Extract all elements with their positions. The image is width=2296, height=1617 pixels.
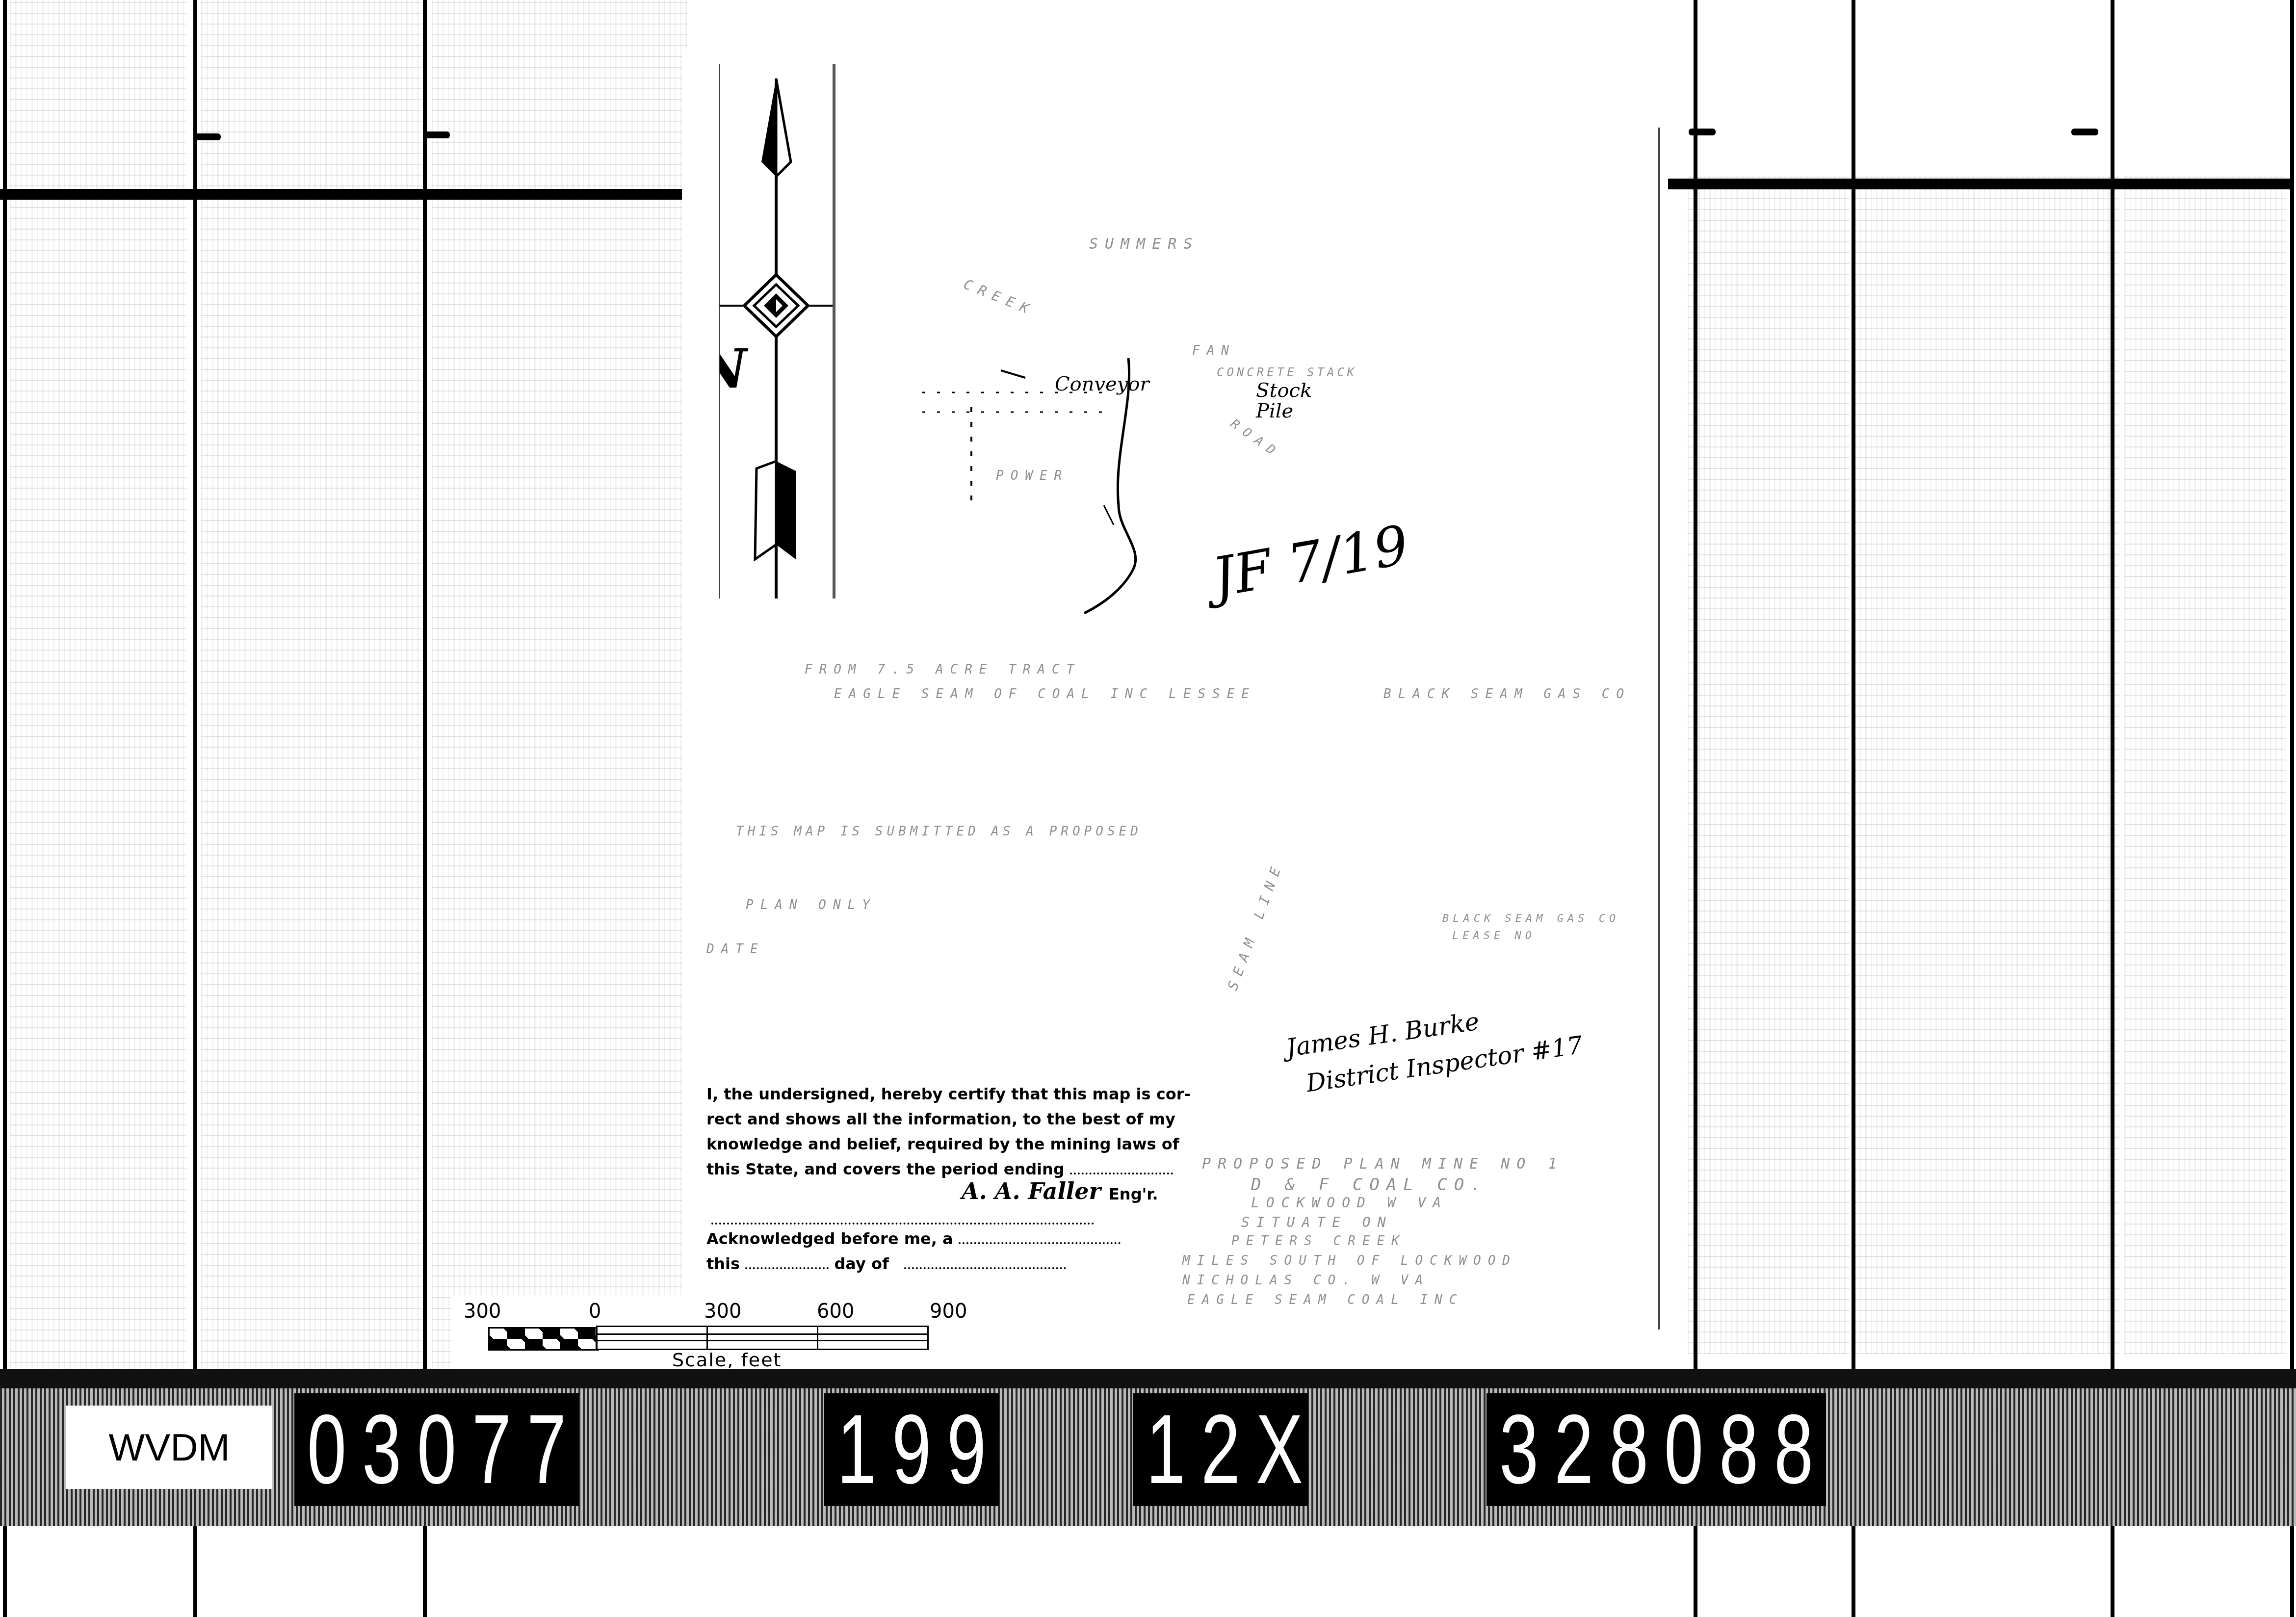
notes-line-1: THIS MAP IS SUBMITTED AS A PROPOSED [736,824,1142,839]
scale-segment [706,1326,818,1350]
scale-bar: 300 0 300 600 900 Scale, feet [451,1295,981,1379]
film-number-group-1: 03077 [294,1393,579,1506]
grid-tick [1689,129,1716,135]
film-number-tiles: 12X [1133,1393,1308,1506]
right-label-2: LEASE NO [1452,930,1536,942]
background-text-noise-right2 [1854,177,2119,1354]
right-label-1: BLACK SEAM GAS CO [1442,913,1619,925]
background-text-noise-right3 [2124,177,2286,1354]
title-block-line-4: SITUATE ON [1241,1214,1393,1230]
tract-line-1: FROM 7.5 ACRE TRACT [805,662,1081,677]
film-digit: 3 [362,1393,402,1506]
map-label-summers: SUMMERS [1089,235,1199,253]
film-number-tiles: 199 [824,1393,999,1506]
title-block-line-3: LOCKWOOD W VA [1251,1195,1448,1211]
scale-caption: Scale, feet [672,1349,782,1371]
day-field [745,1267,829,1269]
month-field [904,1267,1066,1269]
film-digit: 7 [527,1393,567,1506]
day-of-label: day of [834,1254,888,1273]
scale-label: 300 [704,1300,741,1323]
film-digit: 0 [307,1393,347,1506]
engineer-underline [706,1207,1192,1222]
film-digit: 0 [417,1393,457,1506]
tract-line-2: EAGLE SEAM OF COAL INC LESSEE [834,687,1256,702]
film-number-tiles: 03077 [294,1393,579,1506]
grid-tick [194,133,221,140]
film-digit: 1 [1146,1393,1186,1506]
background-text-noise-col3 [432,0,687,1374]
film-digit: 8 [1774,1393,1814,1506]
film-prefix-label: WVDM [66,1406,272,1489]
notary-title-field [959,1242,1121,1244]
film-number-group-4: 328088 [1487,1393,1826,1506]
date-line: this day of [706,1252,1192,1277]
acknowledged-label: Acknowledged before me, a [706,1229,953,1248]
background-text-noise-left [10,0,186,1374]
title-block-line-1: PROPOSED PLAN MINE NO 1 [1202,1155,1564,1173]
grid-tick [423,131,450,138]
film-digit: 7 [472,1393,512,1506]
engineer-signature: A. A. Faller [962,1179,1101,1204]
title-block-line-7: NICHOLAS CO. W VA [1182,1273,1430,1288]
film-digit: 2 [1201,1393,1241,1506]
this-label: this [706,1254,740,1273]
background-text-noise-right1 [1688,177,1850,1354]
film-number-group-2: 199 [824,1393,999,1506]
grid-tick [2071,129,2098,135]
period-ending-field [1070,1173,1173,1174]
background-text-noise-col2 [201,0,422,1374]
tract-line-3: BLACK SEAM GAS CO [1383,687,1631,702]
scale-checker [488,1327,599,1351]
scale-segment [817,1326,929,1350]
certification-block: I, the undersigned, hereby certify that … [706,1082,1192,1277]
film-digit: 9 [947,1393,987,1506]
title-block-line-6: MILES SOUTH OF LOCKWOOD [1182,1253,1517,1268]
title-block-line-5: PETERS CREEK [1231,1234,1406,1249]
film-digit: 8 [1609,1393,1649,1506]
cert-line: this State, and covers the period ending [706,1160,1065,1178]
north-arrow-icon: N [720,64,833,599]
sheet-edge [1658,128,1660,1330]
engineer-suffix: Eng'r. [1109,1182,1158,1207]
scale-label: 600 [817,1300,854,1323]
grid-bar [0,189,684,200]
cert-line: I, the undersigned, hereby certify that … [706,1082,1192,1107]
film-band-edge [0,1369,2296,1388]
film-number-tiles: 328088 [1487,1393,1826,1506]
film-digit: X [1256,1393,1296,1506]
scale-label: 900 [930,1300,967,1323]
acknowledged-line: Acknowledged before me, a [706,1226,1192,1252]
title-block-line-8: EAGLE SEAM COAL INC [1187,1293,1463,1307]
cert-line: knowledge and belief, required by the mi… [706,1132,1192,1157]
engineer-line: A. A. Faller Eng'r. [706,1182,1192,1207]
notes-line-3: DATE [706,942,765,957]
film-digit: 3 [1499,1393,1539,1506]
grid-bar [1646,179,2294,189]
notes-line-2: PLAN ONLY [746,898,877,913]
scale-label: 300 [464,1300,501,1323]
film-digit: 9 [892,1393,932,1506]
film-digit: 0 [1664,1393,1704,1506]
cert-line-period: this State, and covers the period ending [706,1157,1192,1182]
scale-segment [596,1326,708,1350]
cert-line: rect and shows all the information, to t… [706,1107,1192,1132]
title-block-line-2: D & F COAL CO. [1251,1175,1488,1195]
film-digit: 2 [1554,1393,1594,1506]
film-number-group-3: 12X [1133,1393,1308,1506]
compass-panel: N [719,64,835,599]
film-digit: 8 [1719,1393,1759,1506]
film-digit: 1 [837,1393,877,1506]
compass-n-label: N [720,338,753,401]
scale-label: 0 [589,1300,601,1323]
